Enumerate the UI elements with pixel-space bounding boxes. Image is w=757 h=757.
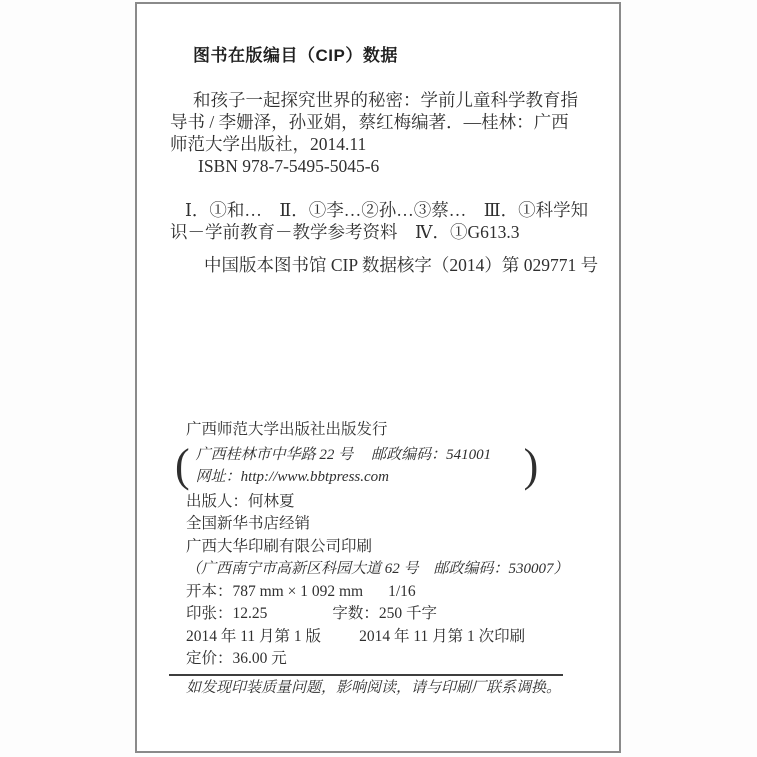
publisher-address: 广西桂林市中华路 22 号	[196, 447, 354, 463]
left-paren-glyph: (	[175, 443, 190, 489]
printing-run: 2014 年 11 月第 1 次印刷	[359, 628, 525, 645]
publisher-address-line: 广西桂林市中华路 22 号邮政编码：541001	[196, 444, 514, 467]
cip-classification-line: 识－学前教育－教学参考资料 Ⅳ．①G613.3	[170, 221, 600, 243]
printer-line: 广西大华印刷有限公司印刷	[169, 536, 563, 559]
publisher-address-lines: 广西桂林市中华路 22 号邮政编码：541001 网址：http://www.b…	[196, 444, 514, 489]
divider-rule	[169, 674, 563, 676]
publisher-line: 广西师范大学出版社出版发行	[169, 419, 563, 442]
publisher-person-line: 出版人：何林夏	[169, 491, 563, 514]
colophon-section: 广西师范大学出版社出版发行 ( 广西桂林市中华路 22 号邮政编码：541001…	[169, 419, 563, 699]
cip-record-number: 中国版本图书馆 CIP 数据核字（2014）第 029771 号	[170, 254, 600, 276]
format-spec: 开本：787 mm × 1 092 mm	[186, 583, 363, 600]
website-line: 网址：http://www.bbtpress.com	[196, 466, 514, 489]
cip-header: 图书在版编目（CIP）数据	[193, 45, 600, 67]
price-line: 定价：36.00 元	[169, 648, 563, 671]
scanned-page-background: 图书在版编目（CIP）数据 和孩子一起探究世界的秘密：学前儿童科学教育指 导书 …	[0, 0, 757, 757]
format-line: 开本：787 mm × 1 092 mm1/16	[169, 581, 563, 604]
cip-description-line: 导书 / 李姗泽，孙亚娟，蔡红梅编著．—桂林：广西	[170, 111, 600, 133]
printed-sheets: 印张：12.25	[186, 605, 267, 622]
edition-line: 2014 年 11 月第 1 版2014 年 11 月第 1 次印刷	[169, 626, 563, 649]
right-paren-glyph: )	[524, 443, 539, 489]
word-count: 字数：250 千字	[332, 605, 437, 622]
quality-notice: 如发现印装质量问题，影响阅读，请与印刷厂联系调换。	[169, 677, 563, 699]
distribution-line: 全国新华书店经销	[169, 513, 563, 536]
cip-description: 和孩子一起探究世界的秘密：学前儿童科学教育指 导书 / 李姗泽，孙亚娟，蔡红梅编…	[170, 89, 600, 177]
printer-address-line: （广西南宁市高新区科园大道 62 号 邮政编码：530007）	[169, 558, 563, 581]
format-ratio: 1/16	[388, 583, 416, 600]
cip-classification: Ⅰ．①和… Ⅱ．①李…②孙…③蔡… Ⅲ．①科学知 识－学前教育－教学参考资料 Ⅳ…	[170, 199, 600, 243]
edition: 2014 年 11 月第 1 版	[186, 628, 321, 645]
cip-description-line: 和孩子一起探究世界的秘密：学前儿童科学教育指	[170, 89, 600, 111]
publisher-address-group: ( 广西桂林市中华路 22 号邮政编码：541001 网址：http://www…	[169, 444, 563, 489]
book-copyright-page: 图书在版编目（CIP）数据 和孩子一起探究世界的秘密：学前儿童科学教育指 导书 …	[135, 2, 621, 753]
isbn-line: ISBN 978-7-5495-5045-6	[198, 155, 600, 177]
cip-classification-line: Ⅰ．①和… Ⅱ．①李…②孙…③蔡… Ⅲ．①科学知	[170, 199, 600, 221]
sheets-wordcount-line: 印张：12.25字数：250 千字	[169, 603, 563, 626]
publisher-postcode: 邮政编码：541001	[371, 447, 491, 463]
cip-description-line: 师范大学出版社，2014.11	[170, 133, 600, 155]
cip-section: 图书在版编目（CIP）数据 和孩子一起探究世界的秘密：学前儿童科学教育指 导书 …	[170, 45, 600, 276]
